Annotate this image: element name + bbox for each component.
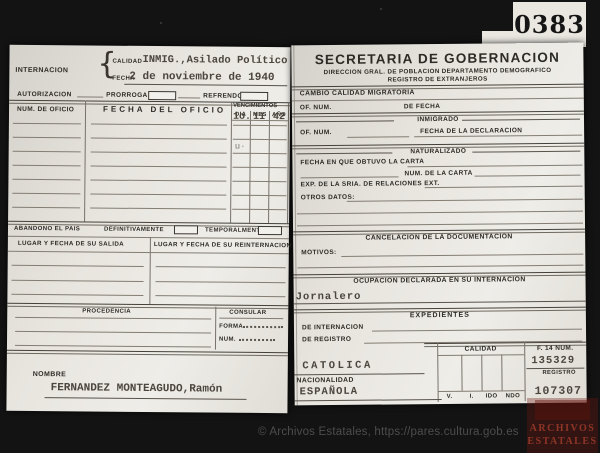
noise-speck xyxy=(380,8,382,10)
ruled-line xyxy=(301,176,399,178)
ruled-line xyxy=(219,318,283,320)
ruled-line xyxy=(91,123,227,125)
definitivamente-label: DEFINITIVAMENTE xyxy=(104,227,164,234)
stamp-block xyxy=(535,400,590,420)
ruled-line xyxy=(372,329,582,332)
ocupacion-value: Jornalero xyxy=(296,292,362,303)
calidad-col-v: V. xyxy=(447,394,453,400)
prorroga-label: PRORROGA xyxy=(106,93,148,100)
ruled-line xyxy=(11,294,143,296)
definitivamente-checkbox xyxy=(174,225,198,234)
internacion-label: INTERNACION xyxy=(15,67,68,74)
motivos-label: MOTIVOS: xyxy=(301,250,336,257)
ruled-line xyxy=(233,139,287,140)
vencimiento-ano-value: 42 xyxy=(273,113,285,123)
ruled-line xyxy=(297,211,583,215)
consular-header: CONSULAR xyxy=(229,310,266,316)
stamp-text-line2: ESTATALES xyxy=(527,436,598,447)
ruled-line xyxy=(347,199,583,202)
ruled-line xyxy=(156,281,286,283)
ruled-line xyxy=(297,223,583,227)
ruled-line xyxy=(15,331,211,334)
de-internacion-label: DE INTERNACION xyxy=(302,325,364,332)
ruled-line xyxy=(233,167,287,168)
autorizacion-label: AUTORIZACION xyxy=(17,92,72,99)
secretaria-title: SECRETARIA DE GOBERNACION xyxy=(291,51,583,67)
expedientes-header: EXPEDIENTES xyxy=(294,311,586,321)
procedencia-header: PROCEDENCIA xyxy=(82,308,131,314)
fecha-carta-label: FECHA EN QUE OBTUVO LA CARTA xyxy=(300,159,424,167)
registro-label: REGISTRO xyxy=(542,371,576,377)
left-form-card: INTERNACION { CALIDAD INMIG.,Asilado Pol… xyxy=(6,45,290,413)
stamp-text-line1: ARCHIVOS xyxy=(527,423,598,434)
of-num2-label: OF. NUM. xyxy=(300,130,332,137)
dotted-line xyxy=(243,326,283,328)
archive-watermark: © Archivos Estatales, https://pares.cult… xyxy=(258,426,519,438)
ruled-line xyxy=(12,265,144,267)
calidad-sub-divider xyxy=(461,355,462,391)
ruled-line xyxy=(45,397,247,400)
ruled-line xyxy=(90,207,226,209)
calidad-box-header: CALIDAD xyxy=(437,346,524,353)
num-oficio-header: NUM. DE OFICIO xyxy=(17,107,74,114)
fecha-value: 2 de noviembre de 1940 xyxy=(129,72,274,84)
page-number: 0383 xyxy=(513,2,586,47)
of-num-label: OF. NUM. xyxy=(300,105,332,112)
calidad-col-ido: IDO xyxy=(486,393,498,399)
nombre-value: FERNANDEZ MONTEAGUDO,Ramón xyxy=(51,383,223,395)
refrendo-checkbox xyxy=(240,92,268,101)
exp-sria-label: EXP. DE LA SRIA. DE RELACIONES EXT. xyxy=(301,181,440,189)
ruled-line xyxy=(12,207,80,209)
ruled-line xyxy=(15,317,211,320)
vencimientos-header: VENCIMIENTOS xyxy=(233,104,277,110)
num-carta-label: NUM. DE LA CARTA xyxy=(404,171,472,178)
ruled-line xyxy=(77,96,103,97)
ruled-line xyxy=(91,165,227,167)
ruled-line xyxy=(178,97,200,98)
ruled-line xyxy=(90,193,226,195)
registro-number-value: 107307 xyxy=(535,386,583,398)
f14-number-value: 135329 xyxy=(531,356,575,367)
ruled-line xyxy=(12,179,80,181)
ruled-line xyxy=(347,136,409,138)
vencimiento-dia-value: 1o. xyxy=(233,113,251,123)
ruled-line xyxy=(233,153,287,154)
right-form-card: SECRETARIA DE GOBERNACION DIRECCION GRAL… xyxy=(291,43,586,406)
ruled-line xyxy=(297,265,583,269)
ruled-line xyxy=(232,195,286,196)
calidad-sub-divider xyxy=(501,354,502,390)
ruled-line xyxy=(232,209,286,210)
ruled-line xyxy=(155,295,285,297)
consular-box-border xyxy=(215,307,216,350)
column-divider xyxy=(149,237,151,304)
archive-stamp: ARCHIVOS ESTATALES xyxy=(527,398,598,453)
f14-header: F. 14 NUM. xyxy=(524,346,586,353)
abandono-label: ABANDONO EL PAIS xyxy=(14,226,80,233)
ruled-line xyxy=(438,390,525,392)
ruled-line xyxy=(414,135,582,138)
de-fecha-label: DE FECHA xyxy=(404,104,440,111)
temporalmente-checkbox xyxy=(258,226,282,235)
vencimiento-mes-value: 11 xyxy=(253,113,265,123)
noise-speck xyxy=(160,22,162,24)
dotted-line xyxy=(239,339,275,341)
ruled-line xyxy=(13,165,81,167)
consular-forma-label: FORMA xyxy=(219,324,243,330)
ruled-line xyxy=(233,125,287,126)
cancelacion-header: CANCELACION DE LA DOCUMENTACION xyxy=(293,234,585,244)
document-scan: 0383 INTERNACION { CALIDAD INMIG.,Asilad… xyxy=(0,0,600,453)
ruled-line xyxy=(156,266,286,268)
table-divider xyxy=(84,100,86,221)
salida-header: LUGAR Y FECHA DE SU SALIDA xyxy=(18,241,124,248)
calidad-value: INMIG.,Asilado Político xyxy=(142,55,287,67)
ruled-line xyxy=(425,186,583,189)
ruled-line xyxy=(91,151,227,153)
ruled-line xyxy=(13,123,81,125)
de-registro-label: DE REGISTRO xyxy=(302,337,351,344)
calidad-label: CALIDAD xyxy=(112,59,142,65)
section-rule xyxy=(7,350,288,356)
ruled-line xyxy=(12,280,144,282)
nacionalidad-label: NACIONALIDAD xyxy=(296,378,353,385)
ruled-line xyxy=(12,193,80,195)
fecha-oficio-header: FECHA DEL OFICIO xyxy=(103,106,226,115)
ruled-line xyxy=(475,175,581,177)
cambio-calidad-header: CAMBIO CALIDAD MIGRATORIA xyxy=(300,90,415,98)
ruled-line xyxy=(8,236,289,239)
calidad-col-ndo: NDO xyxy=(506,393,521,399)
ruled-line xyxy=(295,399,442,401)
ruled-line xyxy=(124,84,287,86)
nacionalidad-value: ESPAÑOLA xyxy=(300,387,359,398)
ruled-line xyxy=(90,179,226,181)
nombre-label: NOMBRE xyxy=(33,371,67,378)
consular-num-label: NUM. xyxy=(219,337,236,343)
ruled-line xyxy=(13,151,81,153)
calidad-sub-divider xyxy=(481,355,482,391)
ruled-line xyxy=(232,181,286,182)
calidad-col-i: I. xyxy=(470,394,474,400)
faint-mark: u· xyxy=(235,143,246,152)
temporalmente-label: TEMPORALMENTE xyxy=(205,227,265,234)
ruled-line xyxy=(407,165,582,168)
ruled-line xyxy=(294,373,424,375)
ocupacion-header: OCUPACION DECLARADA EN SU INTERNACION xyxy=(294,277,586,287)
refrendo-label: REFRENDO xyxy=(203,93,243,100)
section-rule xyxy=(7,303,288,309)
reinternacion-header: LUGAR Y FECHA DE SU REINTERNACION xyxy=(154,242,292,249)
ruled-line xyxy=(15,345,211,348)
religion-value: CATOLICA xyxy=(302,361,373,372)
ruled-line xyxy=(91,137,227,139)
ruled-line xyxy=(341,254,583,257)
ruled-line xyxy=(8,251,289,254)
prorroga-checkbox xyxy=(148,91,176,100)
ruled-line xyxy=(13,137,81,139)
ruled-line xyxy=(292,98,584,102)
